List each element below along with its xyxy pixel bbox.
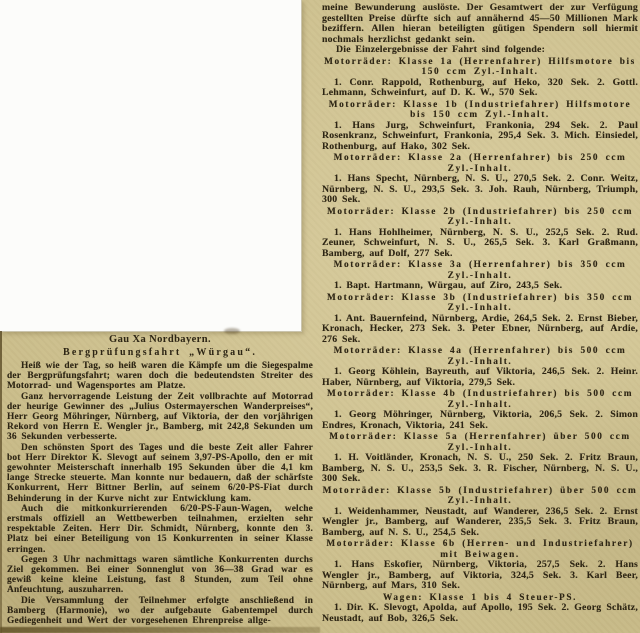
result-class-block: Motorräder: Klasse 2a (Herrenfahrer) bis…: [322, 153, 638, 206]
result-class-block: Motorräder: Klasse 6b (Herren- und Indus…: [322, 539, 638, 592]
result-class-block: Wagen: Klasse 1 bis 4 Steuer-PS. 1. Dir.…: [322, 593, 638, 625]
results-list: Motorräder: Klasse 1a (Herrenfahrer) Hil…: [322, 57, 638, 625]
class-entries: 1. Hans Eskofier, Nürnberg, Viktoria, 25…: [322, 560, 638, 592]
article-title: Bergprüfungsfahrt „Würgau“.: [7, 346, 313, 359]
class-entries: 1. Georg Köhlein, Bayreuth, auf Viktoria…: [322, 367, 638, 388]
class-entries: 1. Ant. Bauernfeind, Nürnberg, Ardie, 26…: [322, 314, 638, 346]
class-entries: 1. Conr. Rappold, Rothenburg, auf Heko, …: [322, 78, 638, 99]
article-body: Heiß wie der Tag, so heiß waren die Kämp…: [7, 361, 313, 626]
class-heading: Motorräder: Klasse 4b (Industriefahrer) …: [322, 389, 638, 410]
class-heading: Motorräder: Klasse 1a (Herrenfahrer) Hil…: [322, 57, 638, 78]
class-entries: 1. Weidenhammer, Neustadt, auf Wanderer,…: [322, 507, 638, 539]
result-class-block: Motorräder: Klasse 4a (Herrenfahrer) bis…: [322, 346, 638, 388]
class-heading: Motorräder: Klasse 2b (Industriefahrer) …: [322, 207, 638, 228]
class-entries: 1. Hans Jurg, Schweinfurt, Frankonia, 29…: [322, 121, 638, 153]
class-entries: 1. Hans Specht, Nürnberg, N. S. U., 270,…: [322, 174, 638, 206]
class-heading: Motorräder: Klasse 4a (Herrenfahrer) bis…: [322, 346, 638, 367]
article-paragraph: Gegen 3 Uhr nachmittags waren sämtliche …: [7, 555, 313, 596]
result-class-block: Motorräder: Klasse 5b (Industriefahrer) …: [322, 486, 638, 539]
article-paragraph: Heiß wie der Tag, so heiß waren die Kämp…: [7, 361, 313, 392]
class-heading: Motorräder: Klasse 2a (Herrenfahrer) bis…: [322, 153, 638, 174]
right-column: meine Bewunderung auslöste. Der Gesamtwe…: [322, 3, 638, 631]
class-entries: 1. Bapt. Hartmann, Würgau, auf Ziro, 243…: [322, 281, 638, 292]
result-class-block: Motorräder: Klasse 3b (Industriefahrer) …: [322, 293, 638, 346]
result-class-block: Motorräder: Klasse 2b (Industriefahrer) …: [322, 207, 638, 260]
continuation-paragraph: meine Bewunderung auslöste. Der Gesamtwe…: [322, 3, 638, 45]
class-entries: 1. H. Voitländer, Kronach, N. S. U., 250…: [322, 453, 638, 485]
result-class-block: Motorräder: Klasse 4b (Industriefahrer) …: [322, 389, 638, 431]
article-paragraph: Den schönsten Sport des Tages und die be…: [7, 443, 313, 504]
class-heading: Motorräder: Klasse 1b (Industriefahrer) …: [322, 100, 638, 121]
class-heading: Motorräder: Klasse 3a (Herrenfahrer) bis…: [322, 260, 638, 281]
class-heading: Motorräder: Klasse 5b (Industriefahrer) …: [322, 486, 638, 507]
class-heading: Motorräder: Klasse 5a (Herrenfahrer) übe…: [322, 432, 638, 453]
article-paragraph: Auch die mitkonkurrierenden 6/20-PS-Faun…: [7, 504, 313, 555]
class-heading: Motorräder: Klasse 6b (Herren- und Indus…: [322, 539, 638, 560]
class-entries: 1. Georg Möhringer, Nürnberg, Viktoria, …: [322, 410, 638, 431]
result-class-block: Motorräder: Klasse 1a (Herrenfahrer) Hil…: [322, 57, 638, 99]
result-class-block: Motorräder: Klasse 5a (Herrenfahrer) übe…: [322, 432, 638, 485]
article-paragraph: Die Versammlung der Teilnehmer erfolgte …: [7, 596, 313, 627]
class-heading: Motorräder: Klasse 3b (Industriefahrer) …: [322, 293, 638, 314]
results-lead: Die Einzelergebnisse der Fahrt sind folg…: [322, 45, 638, 56]
result-class-block: Motorräder: Klasse 3a (Herrenfahrer) bis…: [322, 260, 638, 292]
result-class-block: Motorräder: Klasse 1b (Industriefahrer) …: [322, 100, 638, 153]
article-paragraph: Ganz hervorragende Leistung der Zeit vol…: [7, 392, 313, 443]
left-column: Gau Xa Nordbayern. Bergprüfungsfahrt „Wü…: [7, 334, 313, 631]
section-kicker: Gau Xa Nordbayern.: [7, 334, 313, 346]
class-entries: 1. Hans Hohlheimer, Nürnberg, N. S. U., …: [322, 228, 638, 260]
scanned-newspaper-page: Gau Xa Nordbayern. Bergprüfungsfahrt „Wü…: [0, 0, 640, 633]
blank-scan-area: [0, 0, 302, 332]
class-entries: 1. Dir. K. Slevogt, Apolda, auf Apollo, …: [322, 603, 638, 624]
scan-edge-left: [0, 331, 2, 633]
